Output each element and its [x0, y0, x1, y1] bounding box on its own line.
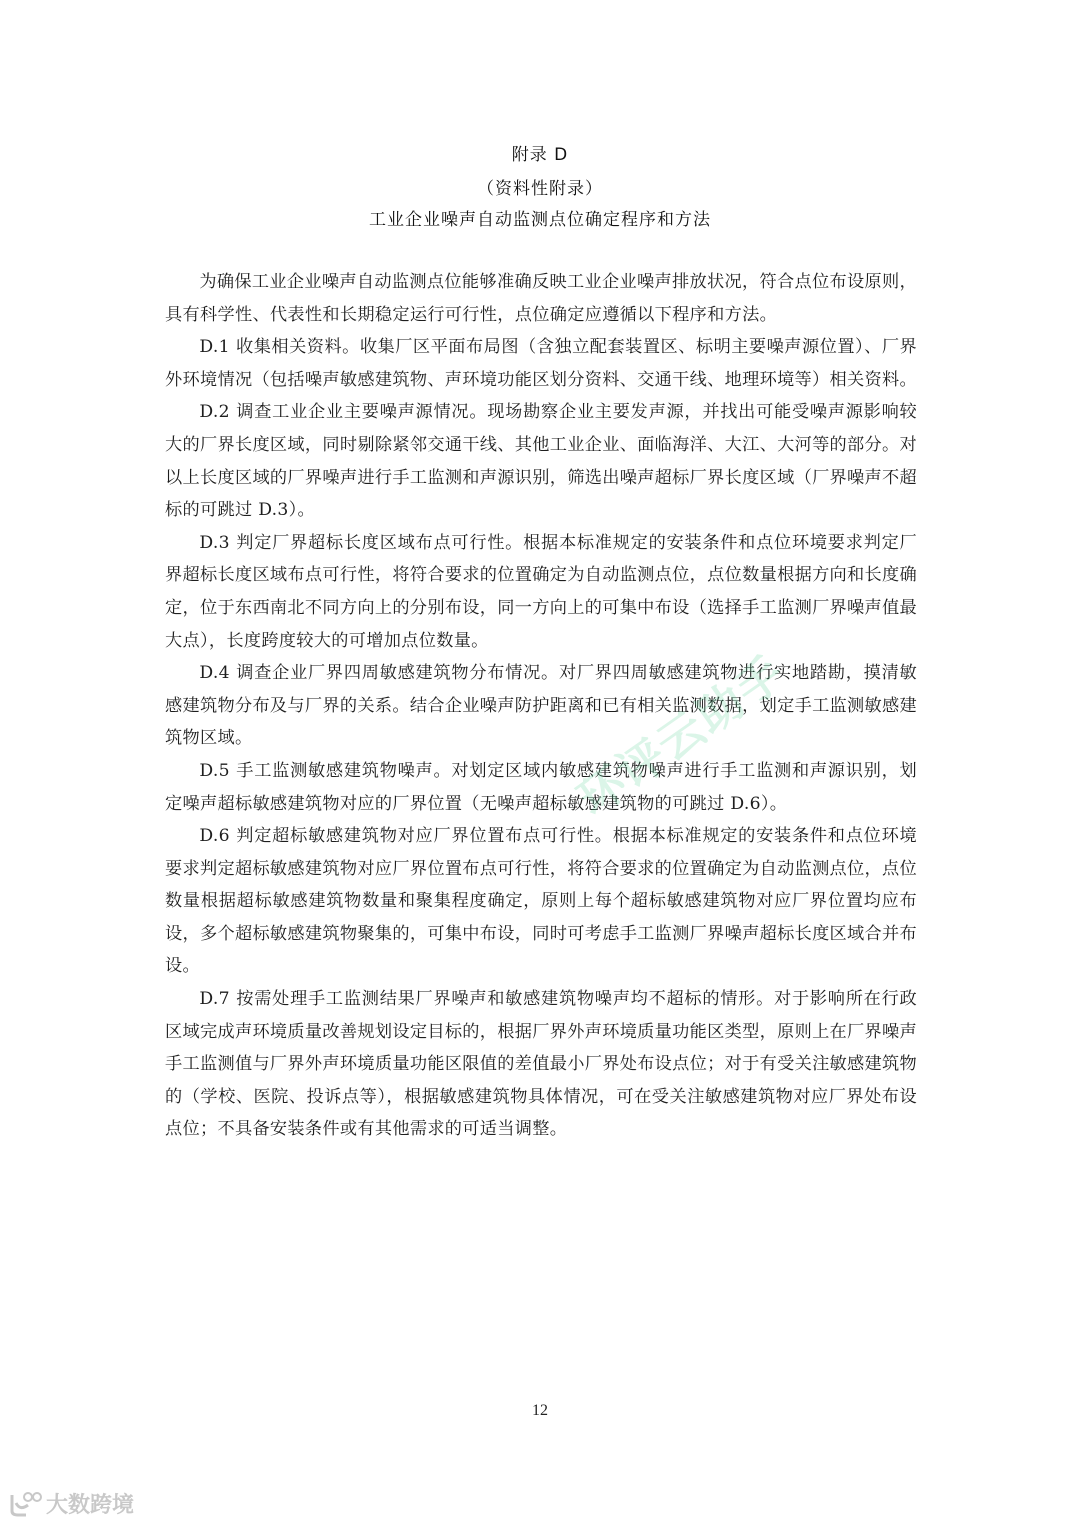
paragraph-d3: D.3判定厂界超标长度区域布点可行性。根据本标准规定的安装条件和点位环境要求判定…: [165, 527, 917, 657]
appendix-type: （资料性附录）: [0, 174, 1080, 199]
paragraph-d4: D.4调查企业厂界四周敏感建筑物分布情况。对厂界四周敏感建筑物进行实地踏勘，摸清…: [165, 657, 917, 755]
paragraph-text: 判定超标敏感建筑物对应厂界位置布点可行性。根据本标准规定的安装条件和点位环境要求…: [165, 826, 917, 976]
paragraph-d7: D.7按需处理手工监测结果厂界噪声和敏感建筑物噪声均不超标的情形。对于影响所在行…: [165, 983, 917, 1146]
paragraph-label: D.7: [199, 989, 229, 1009]
paragraph-d6: D.6判定超标敏感建筑物对应厂界位置布点可行性。根据本标准规定的安装条件和点位环…: [165, 820, 917, 983]
paragraph-text: 手工监测敏感建筑物噪声。对划定区域内敏感建筑物噪声进行手工监测和声源识别，划定噪…: [165, 761, 917, 814]
corner-watermark-text: 大数跨境: [46, 1488, 134, 1519]
section-title: 工业企业噪声自动监测点位确定程序和方法: [0, 205, 1080, 230]
paragraph-label: D.2: [199, 402, 229, 422]
paragraph-d5: D.5手工监测敏感建筑物噪声。对划定区域内敏感建筑物噪声进行手工监测和声源识别，…: [165, 755, 917, 820]
paragraph-d1: D.1收集相关资料。收集厂区平面布局图（含独立配套装置区、标明主要噪声源位置）、…: [165, 331, 917, 396]
paragraph-text: 按需处理手工监测结果厂界噪声和敏感建筑物噪声均不超标的情形。对于影响所在行政区域…: [165, 989, 917, 1139]
paragraph-text: 调查企业厂界四周敏感建筑物分布情况。对厂界四周敏感建筑物进行实地踏勘，摸清敏感建…: [165, 663, 917, 748]
paragraph-label: D.4: [199, 663, 229, 683]
paragraph-label: D.6: [199, 826, 229, 846]
body-text: 为确保工业企业噪声自动监测点位能够准确反映工业企业噪声排放状况，符合点位布设原则…: [165, 266, 917, 1146]
paragraph-label: D.5: [199, 761, 229, 781]
paragraph-label: D.3: [199, 533, 229, 553]
paragraph-d2: D.2调查工业企业主要噪声源情况。现场勘察企业主要发声源，并找出可能受噪声源影响…: [165, 396, 917, 526]
brand-logo-icon: [8, 1491, 42, 1517]
paragraph-text: 调查工业企业主要噪声源情况。现场勘察企业主要发声源，并找出可能受噪声源影响较大的…: [165, 402, 917, 520]
page-number: 12: [0, 1402, 1080, 1420]
paragraph-label: D.1: [199, 337, 229, 357]
intro-paragraph: 为确保工业企业噪声自动监测点位能够准确反映工业企业噪声排放状况，符合点位布设原则…: [165, 266, 917, 331]
paragraph-text: 收集相关资料。收集厂区平面布局图（含独立配套装置区、标明主要噪声源位置）、厂界外…: [165, 337, 917, 390]
document-page: 附录 D （资料性附录） 工业企业噪声自动监测点位确定程序和方法 为确保工业企业…: [0, 0, 1080, 1527]
appendix-title: 附录 D: [0, 140, 1080, 165]
corner-watermark: 大数跨境: [8, 1488, 134, 1519]
paragraph-text: 判定厂界超标长度区域布点可行性。根据本标准规定的安装条件和点位环境要求判定厂界超…: [165, 533, 917, 651]
